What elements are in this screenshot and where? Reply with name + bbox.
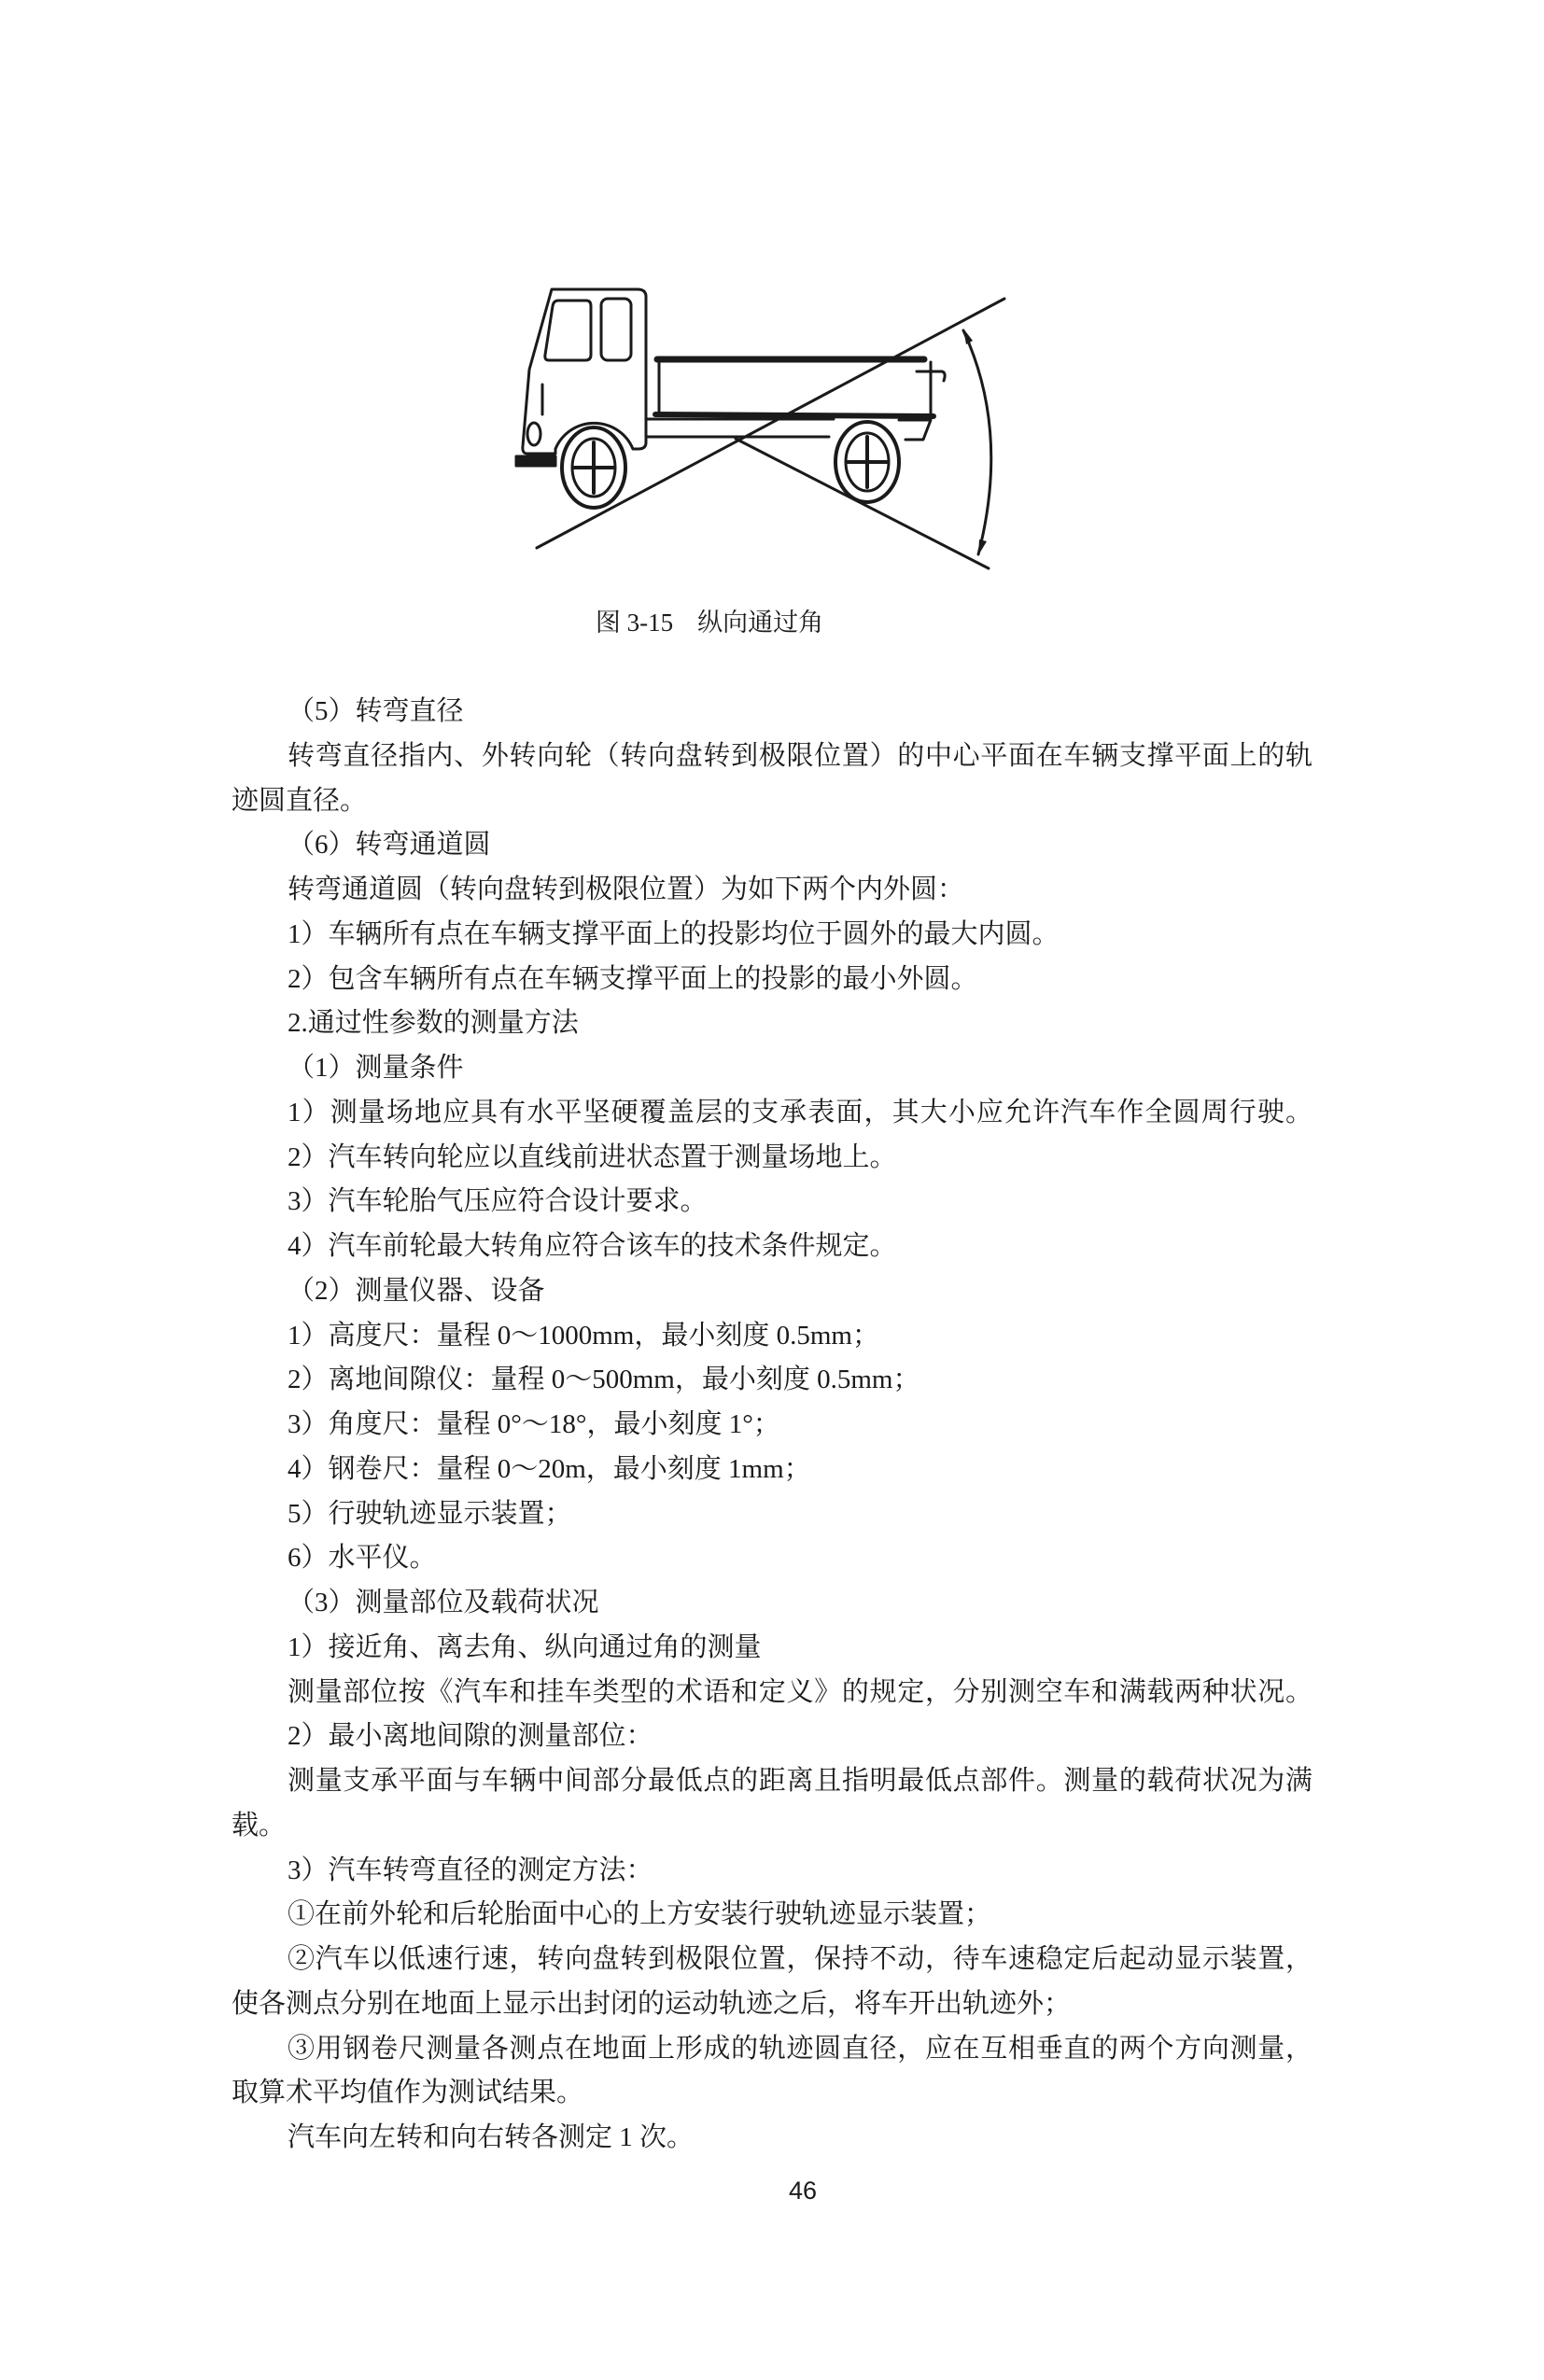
text-line: ③用钢卷尺测量各测点在地面上形成的轨迹圆直径，应在互相垂直的两个方向测量， (232, 2027, 1312, 2072)
text-line: 1）车辆所有点在车辆支撑平面上的投影均位于圆外的最大内圆。 (232, 913, 1312, 958)
text-line: 转弯通道圆（转向盘转到极限位置）为如下两个内外圆： (232, 868, 1312, 913)
text-line: （3）测量部位及载荷状况 (232, 1581, 1312, 1626)
text-line: 1）接近角、离去角、纵向通过角的测量 (232, 1626, 1312, 1671)
text-line: （1）测量条件 (232, 1046, 1312, 1091)
text-line: 汽车向左转和向右转各测定 1 次。 (232, 2116, 1312, 2161)
text-line: （2）测量仪器、设备 (232, 1269, 1312, 1314)
text-line: 取算术平均值作为测试结果。 (232, 2071, 1312, 2116)
text-line: 2.通过性参数的测量方法 (232, 1001, 1312, 1046)
text-line: 使各测点分别在地面上显示出封闭的运动轨迹之后，将车开出轨迹外； (232, 1982, 1312, 2027)
text-line: 3）汽车轮胎气压应符合设计要求。 (232, 1180, 1312, 1225)
page-number: 46 (709, 2177, 896, 2205)
front-wheel (562, 427, 625, 508)
text-line: 迹圆直径。 (232, 779, 1312, 824)
text-line: ②汽车以低速行速，转向盘转到极限位置，保持不动，待车速稳定后起动显示装置， (232, 1938, 1312, 1982)
arc-arrow-bottom (978, 539, 987, 555)
text-line: 5）行驶轨迹显示装置； (232, 1492, 1312, 1537)
text-line: 2）包含车辆所有点在车辆支撑平面上的投影的最小外圆。 (232, 958, 1312, 1002)
text-line: 测量支承平面与车辆中间部分最低点的距离且指明最低点部件。测量的载荷状况为满 (232, 1759, 1312, 1804)
text-line: 测量部位按《汽车和挂车类型的术语和定义》的规定，分别测空车和满载两种状况。 (232, 1671, 1312, 1715)
text-line: 3）角度尺：量程 0°～18°，最小刻度 1°； (232, 1403, 1312, 1448)
figure-caption-title: 纵向通过角 (697, 609, 823, 637)
front-bumper (516, 456, 555, 466)
text-line: 1）测量场地应具有水平坚硬覆盖层的支承表面，其大小应允许汽车作全圆周行驶。 (232, 1091, 1312, 1136)
text-line: 6）水平仪。 (232, 1536, 1312, 1581)
figure-caption-label: 图 3-15 (596, 609, 673, 637)
arc-arrow-top (963, 329, 973, 344)
text-line: ①在前外轮和后轮胎面中心的上方安装行驶轨迹显示装置； (232, 1893, 1312, 1938)
figure-caption: 图 3-15纵向通过角 (523, 602, 896, 638)
text-line: 载。 (232, 1804, 1312, 1849)
text-line: 1）高度尺：量程 0～1000mm，最小刻度 0.5mm； (232, 1314, 1312, 1359)
text-line: 转弯直径指内、外转向轮（转向盘转到极限位置）的中心平面在车辆支撑平面上的轨 (232, 735, 1312, 779)
text-line: 4）汽车前轮最大转角应符合该车的技术条件规定。 (232, 1225, 1312, 1269)
text-line: （6）转弯通道圆 (232, 823, 1312, 868)
cargo-bed (655, 359, 945, 418)
truck-longitudinal-pass-angle-drawing (485, 259, 1008, 572)
rear-wheel (835, 422, 899, 502)
text-line: 2）汽车转向轮应以直线前进状态置于测量场地上。 (232, 1136, 1312, 1181)
document-page: 图 3-15纵向通过角 （5）转弯直径 转弯直径指内、外转向轮（转向盘转到极限位… (0, 0, 1544, 2380)
body-text: （5）转弯直径 转弯直径指内、外转向轮（转向盘转到极限位置）的中心平面在车辆支撑… (232, 690, 1312, 2161)
text-line: 2）离地间隙仪：量程 0～500mm，最小刻度 0.5mm； (232, 1358, 1312, 1403)
text-line: 2）最小离地间隙的测量部位： (232, 1715, 1312, 1759)
text-line: （5）转弯直径 (232, 690, 1312, 735)
angle-arc (963, 330, 991, 554)
figure-3-15 (485, 259, 1008, 572)
text-line: 3）汽车转弯直径的测定方法： (232, 1849, 1312, 1894)
text-line: 4）钢卷尺：量程 0～20m，最小刻度 1mm； (232, 1448, 1312, 1492)
